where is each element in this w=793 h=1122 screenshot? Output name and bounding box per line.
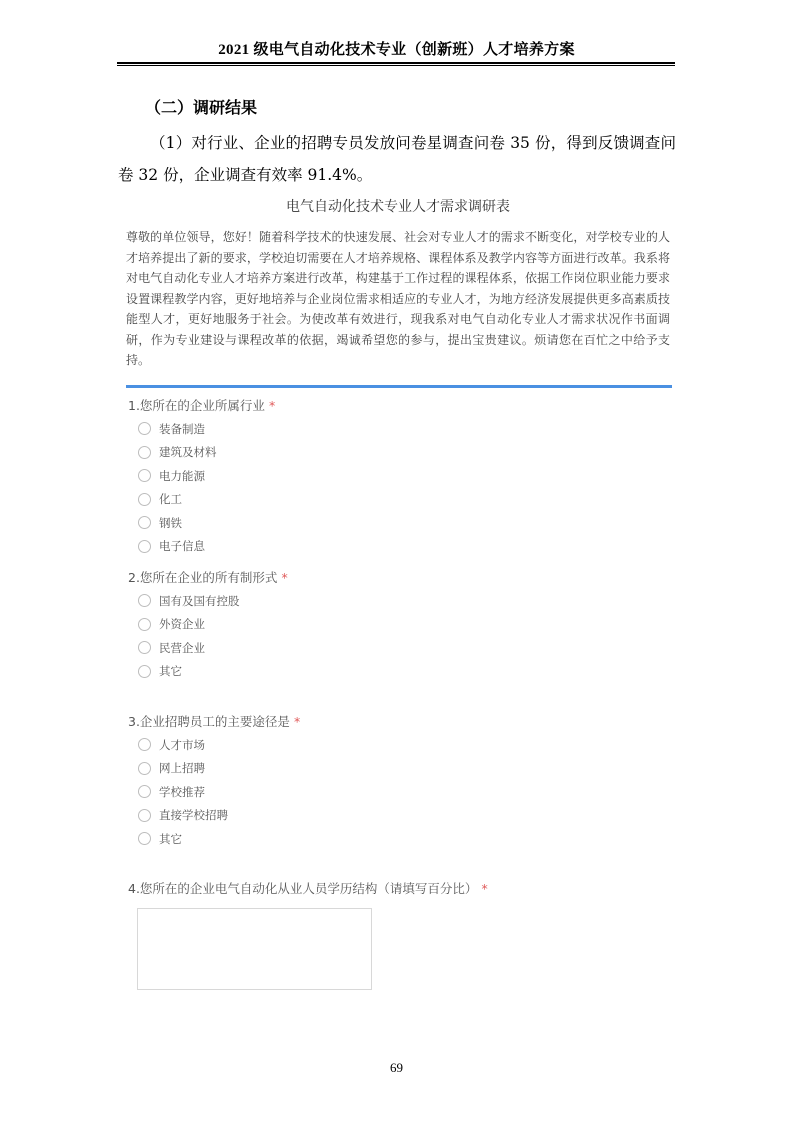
radio-circle-icon[interactable]: [138, 422, 151, 435]
radio-circle-icon[interactable]: [138, 665, 151, 678]
section-heading: （二）调研结果: [145, 95, 257, 118]
required-mark: *: [269, 398, 275, 413]
required-mark: *: [281, 570, 287, 585]
question-2: 2.您所在企业的所有制形式* 国有及国有控股 外资企业 民营企业 其它: [128, 567, 288, 683]
radio-option[interactable]: 网上招聘: [128, 757, 300, 781]
required-mark: *: [294, 714, 300, 729]
radio-option[interactable]: 民营企业: [128, 636, 288, 660]
question-title: 4.您所在的企业电气自动化从业人员学历结构（请填写百分比）*: [128, 878, 488, 900]
radio-circle-icon[interactable]: [138, 516, 151, 529]
education-structure-textarea[interactable]: [137, 908, 372, 990]
radio-circle-icon[interactable]: [138, 594, 151, 607]
survey-title: 电气自动化技术专业人才需求调研表: [118, 195, 678, 219]
page-header-title: 2021 级电气自动化技术专业（创新班）人才培养方案: [0, 38, 793, 59]
radio-option[interactable]: 化工: [128, 488, 275, 512]
question-title: 2.您所在企业的所有制形式*: [128, 567, 288, 589]
header-rule: [117, 62, 675, 64]
question-title: 1.您所在的企业所属行业*: [128, 395, 275, 417]
radio-option[interactable]: 电子信息: [128, 535, 275, 559]
body-paragraph: （1）对行业、企业的招聘专员发放问卷星调查问卷 35 份，得到反馈调查问卷 32…: [118, 127, 676, 191]
question-title: 3.企业招聘员工的主要途径是*: [128, 711, 300, 733]
radio-circle-icon[interactable]: [138, 493, 151, 506]
radio-circle-icon[interactable]: [138, 832, 151, 845]
radio-circle-icon[interactable]: [138, 809, 151, 822]
survey-intro: 尊敬的单位领导，您好！随着科学技术的快速发展、社会对专业人才的需求不断变化，对学…: [118, 227, 678, 371]
radio-option[interactable]: 人才市场: [128, 733, 300, 757]
radio-option[interactable]: 电力能源: [128, 464, 275, 488]
radio-option[interactable]: 其它: [128, 827, 300, 851]
radio-circle-icon[interactable]: [138, 762, 151, 775]
radio-circle-icon[interactable]: [138, 446, 151, 459]
radio-circle-icon[interactable]: [138, 641, 151, 654]
header-rule-thin: [117, 65, 675, 66]
radio-option[interactable]: 外资企业: [128, 613, 288, 637]
radio-option[interactable]: 装备制造: [128, 417, 275, 441]
radio-circle-icon[interactable]: [138, 785, 151, 798]
radio-option[interactable]: 学校推荐: [128, 780, 300, 804]
question-4: 4.您所在的企业电气自动化从业人员学历结构（请填写百分比）*: [128, 878, 488, 990]
radio-circle-icon[interactable]: [138, 738, 151, 751]
survey-screenshot: 电气自动化技术专业人才需求调研表 尊敬的单位领导，您好！随着科学技术的快速发展、…: [118, 195, 678, 388]
question-1: 1.您所在的企业所属行业* 装备制造 建筑及材料 电力能源 化工 钢铁 电子信息: [128, 395, 275, 558]
page-number: 69: [0, 1060, 793, 1076]
required-mark: *: [481, 881, 487, 896]
survey-divider: [126, 385, 672, 388]
radio-circle-icon[interactable]: [138, 618, 151, 631]
question-3: 3.企业招聘员工的主要途径是* 人才市场 网上招聘 学校推荐 直接学校招聘 其它: [128, 711, 300, 851]
radio-option[interactable]: 建筑及材料: [128, 441, 275, 465]
radio-circle-icon[interactable]: [138, 469, 151, 482]
radio-circle-icon[interactable]: [138, 540, 151, 553]
radio-option[interactable]: 钢铁: [128, 511, 275, 535]
radio-option[interactable]: 其它: [128, 660, 288, 684]
radio-option[interactable]: 国有及国有控股: [128, 589, 288, 613]
radio-option[interactable]: 直接学校招聘: [128, 804, 300, 828]
